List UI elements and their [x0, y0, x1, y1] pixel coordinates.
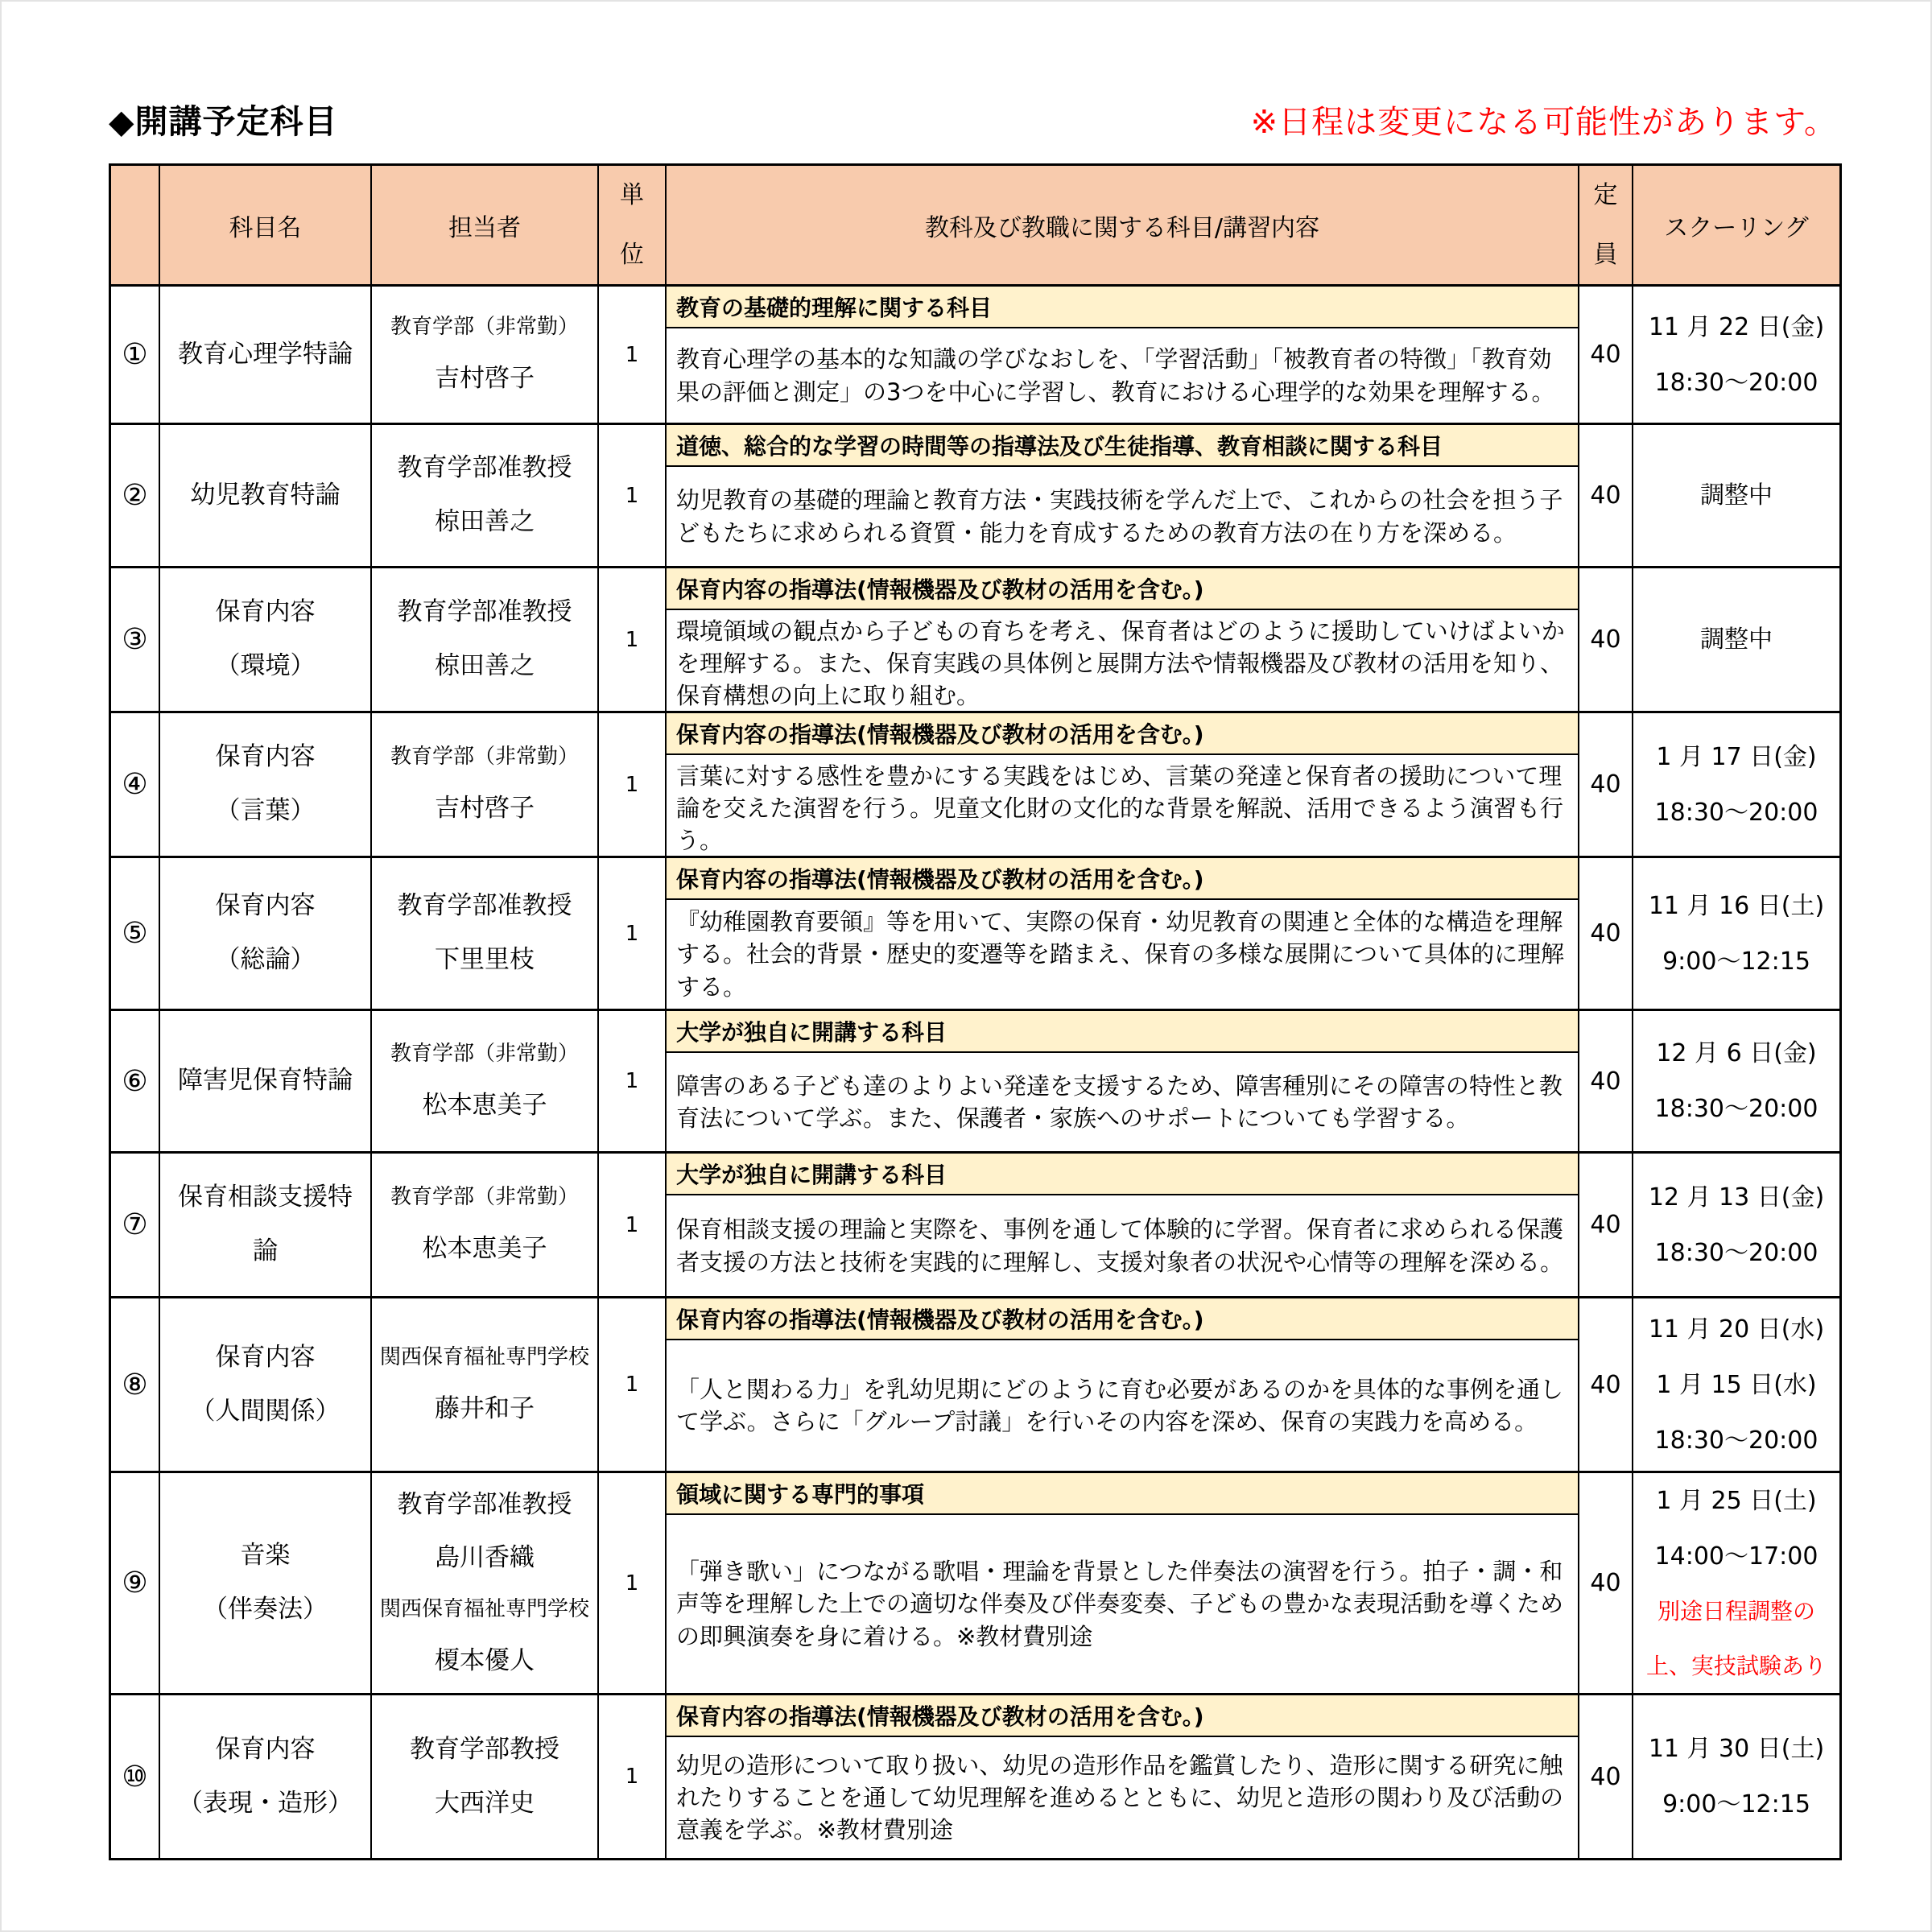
- description-text: 環境領域の観点から子どもの育ちを考え、保育者はどのように援助していけばよいかを理…: [667, 610, 1578, 711]
- schedule-change-note: ※日程は変更になる可能性があります。: [1251, 97, 1837, 142]
- schooling-dates: 1 月 25 日(土) 14:00～17:00: [1655, 1473, 1818, 1584]
- text-line: 教育学部准教授: [398, 1491, 572, 1520]
- category-band: 領域に関する専門的事項: [667, 1473, 1578, 1515]
- course-table: 科目名 担当者 単 位 教科及び教職に関する科目/講習内容 定 員 スクーリング…: [109, 163, 1842, 1860]
- text-line: 教育学部教授: [410, 1736, 559, 1765]
- text-line: 藤井和子: [435, 1395, 535, 1424]
- text-line: 関西保育福祉専門学校: [380, 1346, 589, 1370]
- text-line: 幼児教育特論: [191, 481, 341, 510]
- header-credits: 単 位: [599, 166, 667, 284]
- schooling-cell: 調整中: [1633, 568, 1839, 711]
- text-line: 教育学部（非常勤）: [390, 316, 579, 340]
- credits-cell: 1: [599, 1154, 667, 1296]
- schooling-dates: 1 月 17 日(金) 18:30～20:00: [1655, 729, 1818, 840]
- schooling-cell: 12 月 6 日(金) 18:30～20:00: [1633, 1011, 1839, 1151]
- subject-cell: 障害児保育特論: [160, 1011, 372, 1151]
- credits-cell: 1: [599, 287, 667, 423]
- subject-cell: 音楽（伴奏法）: [160, 1473, 372, 1693]
- text-line: 島川香織: [435, 1544, 535, 1573]
- capacity-cell: 40: [1579, 425, 1633, 566]
- table-row: ① 教育心理学特論 教育学部（非常勤）吉村啓子 1 教育の基礎的理解に関する科目…: [111, 287, 1839, 425]
- description-text: 教育心理学の基本的な知識の学びなおしを、「学習活動」「被教育者の特徴」「教育効果…: [667, 328, 1578, 423]
- credits-cell: 1: [599, 1695, 667, 1858]
- text-line: 論: [253, 1237, 278, 1266]
- category-band: 保育内容の指導法(情報機器及び教材の活用を含む。): [667, 858, 1578, 900]
- content-cell: 保育内容の指導法(情報機器及び教材の活用を含む。) 「人と関わる力」を乳幼児期に…: [667, 1298, 1579, 1471]
- text-line: 教育学部准教授: [398, 892, 572, 921]
- table-row: ⑤ 保育内容（総論） 教育学部准教授下里里枝 1 保育内容の指導法(情報機器及び…: [111, 858, 1839, 1011]
- capacity-cell: 40: [1579, 287, 1633, 423]
- description-text: 幼児教育の基礎的理論と教育方法・実践技術を学んだ上で、これからの社会を担う子ども…: [667, 467, 1578, 566]
- instructor-cell: 教育学部（非常勤）松本恵美子: [372, 1011, 599, 1151]
- schooling-dates: 11 月 22 日(金) 18:30～20:00: [1649, 299, 1824, 411]
- header-bar: ◆開講予定科目 ※日程は変更になる可能性があります。: [109, 95, 1837, 142]
- capacity-cell: 40: [1579, 1011, 1633, 1151]
- description-text: 幼児の造形について取り扱い、幼児の造形作品を鑑賞したり、造形に関する研究に触れた…: [667, 1737, 1578, 1858]
- row-number: ⑥: [111, 1011, 160, 1151]
- subject-cell: 保育内容（言葉）: [160, 713, 372, 856]
- text-line: 椋田善之: [435, 508, 535, 537]
- category-band: 保育内容の指導法(情報機器及び教材の活用を含む。): [667, 1298, 1578, 1340]
- text-line: （表現・造形）: [178, 1790, 353, 1818]
- content-cell: 大学が独自に開講する科目 保育相談支援の理論と実際を、事例を通して体験的に学習。…: [667, 1154, 1579, 1296]
- row-number: ⑩: [111, 1695, 160, 1858]
- text-line: 保育内容: [216, 1736, 316, 1765]
- schooling-cell: 11 月 16 日(土) 9:00～12:15: [1633, 858, 1839, 1009]
- category-band: 道徳、総合的な学習の時間等の指導法及び生徒指導、教育相談に関する科目: [667, 425, 1578, 467]
- text-line: 関西保育福祉専門学校: [380, 1598, 589, 1622]
- row-number: ⑦: [111, 1154, 160, 1296]
- row-number: ⑤: [111, 858, 160, 1009]
- text-line: （総論）: [216, 946, 316, 975]
- table-row: ⑩ 保育内容（表現・造形） 教育学部教授大西洋史 1 保育内容の指導法(情報機器…: [111, 1695, 1839, 1858]
- row-number: ④: [111, 713, 160, 856]
- subject-cell: 保育内容（環境）: [160, 568, 372, 711]
- credits-cell: 1: [599, 713, 667, 856]
- capacity-cell: 40: [1579, 1298, 1633, 1471]
- header-blank: [111, 166, 160, 284]
- schooling-cell: 11 月 22 日(金) 18:30～20:00: [1633, 287, 1839, 423]
- instructor-cell: 教育学部准教授下里里枝: [372, 858, 599, 1009]
- text-line: （伴奏法）: [203, 1596, 328, 1624]
- category-band: 保育内容の指導法(情報機器及び教材の活用を含む。): [667, 713, 1578, 755]
- text-line: 教育学部（非常勤）: [390, 745, 579, 770]
- instructor-cell: 教育学部（非常勤）吉村啓子: [372, 713, 599, 856]
- category-band: 教育の基礎的理解に関する科目: [667, 287, 1578, 328]
- subject-cell: 教育心理学特論: [160, 287, 372, 423]
- row-number: ⑨: [111, 1473, 160, 1693]
- row-number: ⑧: [111, 1298, 160, 1471]
- table-row: ⑨ 音楽（伴奏法） 教育学部准教授島川香織関西保育福祉専門学校榎本優人 1 領域…: [111, 1473, 1839, 1695]
- page: { "page": { "title": "◆開講予定科目", "note": …: [0, 0, 1932, 1932]
- text-line: 椋田善之: [435, 652, 535, 681]
- description-text: 「弾き歌い」につながる歌唱・理論を背景とした伴奏法の演習を行う。拍子・調・和声等…: [667, 1515, 1578, 1693]
- schooling-dates: 11 月 16 日(土) 9:00～12:15: [1649, 878, 1824, 989]
- text-line: 榎本優人: [435, 1647, 535, 1676]
- description-text: 保育相談支援の理論と実際を、事例を通して体験的に学習。保育者に求められる保護者支…: [667, 1195, 1578, 1296]
- subject-cell: 幼児教育特論: [160, 425, 372, 566]
- text-line: （人間関係）: [191, 1397, 341, 1426]
- content-cell: 保育内容の指導法(情報機器及び教材の活用を含む。) 環境領域の観点から子どもの育…: [667, 568, 1579, 711]
- content-cell: 保育内容の指導法(情報機器及び教材の活用を含む。) 幼児の造形について取り扱い、…: [667, 1695, 1579, 1858]
- credits-cell: 1: [599, 1011, 667, 1151]
- text-line: 吉村啓子: [435, 365, 535, 394]
- subject-cell: 保育内容（総論）: [160, 858, 372, 1009]
- subject-cell: 保育内容（人間関係）: [160, 1298, 372, 1471]
- row-number: ③: [111, 568, 160, 711]
- schooling-cell: 1 月 25 日(土) 14:00～17:00 別途日程調整の 上、実技試験あり: [1633, 1473, 1839, 1693]
- header-subject-name: 科目名: [160, 166, 372, 284]
- row-number: ②: [111, 425, 160, 566]
- instructor-cell: 教育学部准教授椋田善之: [372, 425, 599, 566]
- credits-cell: 1: [599, 568, 667, 711]
- content-cell: 領域に関する専門的事項 「弾き歌い」につながる歌唱・理論を背景とした伴奏法の演習…: [667, 1473, 1579, 1693]
- instructor-cell: 関西保育福祉専門学校藤井和子: [372, 1298, 599, 1471]
- capacity-cell: 40: [1579, 858, 1633, 1009]
- schooling-cell: 11 月 30 日(土) 9:00～12:15: [1633, 1695, 1839, 1858]
- description-text: 「人と関わる力」を乳幼児期にどのように育む必要があるのかを具体的な事例を通して学…: [667, 1340, 1578, 1471]
- content-cell: 大学が独自に開講する科目 障害のある子ども達のよりよい発達を支援するため、障害種…: [667, 1011, 1579, 1151]
- table-body: ① 教育心理学特論 教育学部（非常勤）吉村啓子 1 教育の基礎的理解に関する科目…: [111, 287, 1839, 1858]
- schooling-dates: 12 月 6 日(金) 18:30～20:00: [1655, 1026, 1818, 1137]
- capacity-cell: 40: [1579, 568, 1633, 711]
- instructor-cell: 教育学部（非常勤）松本恵美子: [372, 1154, 599, 1296]
- table-row: ⑧ 保育内容（人間関係） 関西保育福祉専門学校藤井和子 1 保育内容の指導法(情…: [111, 1298, 1839, 1473]
- capacity-cell: 40: [1579, 1473, 1633, 1693]
- subject-cell: 保育相談支援特論: [160, 1154, 372, 1296]
- header-capacity: 定 員: [1579, 166, 1633, 284]
- category-band: 保育内容の指導法(情報機器及び教材の活用を含む。): [667, 1695, 1578, 1737]
- schooling-cell: 11 月 20 日(水) 1 月 15 日(水) 18:30～20:00: [1633, 1298, 1839, 1471]
- credits-cell: 1: [599, 858, 667, 1009]
- schooling-dates: 調整中: [1700, 468, 1773, 523]
- schooling-dates: 調整中: [1700, 612, 1773, 667]
- category-band: 保育内容の指導法(情報機器及び教材の活用を含む。): [667, 568, 1578, 610]
- row-number: ①: [111, 287, 160, 423]
- credits-cell: 1: [599, 425, 667, 566]
- capacity-cell: 40: [1579, 1695, 1633, 1858]
- instructor-cell: 教育学部（非常勤）吉村啓子: [372, 287, 599, 423]
- credits-cell: 1: [599, 1298, 667, 1471]
- text-line: （環境）: [216, 652, 316, 681]
- text-line: 保育内容: [216, 743, 316, 772]
- text-line: 保育内容: [216, 598, 316, 627]
- text-line: 松本恵美子: [423, 1092, 547, 1121]
- category-band: 大学が独自に開講する科目: [667, 1011, 1578, 1053]
- text-line: 教育学部准教授: [398, 598, 572, 627]
- schooling-cell: 1 月 17 日(金) 18:30～20:00: [1633, 713, 1839, 856]
- subject-cell: 保育内容（表現・造形）: [160, 1695, 372, 1858]
- table-header-row: 科目名 担当者 単 位 教科及び教職に関する科目/講習内容 定 員 スクーリング: [111, 166, 1839, 287]
- content-cell: 道徳、総合的な学習の時間等の指導法及び生徒指導、教育相談に関する科目 幼児教育の…: [667, 425, 1579, 566]
- header-schooling: スクーリング: [1633, 166, 1839, 284]
- text-line: （言葉）: [216, 797, 316, 826]
- schooling-dates: 12 月 13 日(金) 18:30～20:00: [1649, 1170, 1824, 1281]
- credits-cell: 1: [599, 1473, 667, 1693]
- text-line: 大西洋史: [435, 1790, 535, 1818]
- capacity-cell: 40: [1579, 713, 1633, 856]
- schooling-dates: 11 月 30 日(土) 9:00～12:15: [1649, 1721, 1824, 1832]
- instructor-cell: 教育学部准教授島川香織関西保育福祉専門学校榎本優人: [372, 1473, 599, 1693]
- table-row: ③ 保育内容（環境） 教育学部准教授椋田善之 1 保育内容の指導法(情報機器及び…: [111, 568, 1839, 713]
- description-text: 『幼稚園教育要領』等を用いて、実際の保育・幼児教育の関連と全体的な構造を理解する…: [667, 900, 1578, 1009]
- table-row: ④ 保育内容（言葉） 教育学部（非常勤）吉村啓子 1 保育内容の指導法(情報機器…: [111, 713, 1839, 858]
- text-line: 教育学部准教授: [398, 454, 572, 483]
- content-cell: 教育の基礎的理解に関する科目 教育心理学の基本的な知識の学びなおしを、「学習活動…: [667, 287, 1579, 423]
- text-line: 教育心理学特論: [178, 341, 353, 369]
- header-course-content: 教科及び教職に関する科目/講習内容: [667, 166, 1579, 284]
- text-line: 保育相談支援特: [178, 1183, 353, 1212]
- schooling-cell: 調整中: [1633, 425, 1839, 566]
- header-instructor: 担当者: [372, 166, 599, 284]
- schooling-note-red: 別途日程調整の 上、実技試験あり: [1646, 1584, 1827, 1692]
- text-line: 吉村啓子: [435, 795, 535, 824]
- text-line: 障害児保育特論: [178, 1067, 353, 1096]
- text-line: 下里里枝: [435, 946, 535, 975]
- text-line: 音楽: [241, 1542, 291, 1571]
- content-cell: 保育内容の指導法(情報機器及び教材の活用を含む。) 言葉に対する感性を豊かにする…: [667, 713, 1579, 856]
- category-band: 大学が独自に開講する科目: [667, 1154, 1578, 1195]
- page-title: ◆開講予定科目: [109, 95, 338, 142]
- instructor-cell: 教育学部准教授椋田善之: [372, 568, 599, 711]
- capacity-cell: 40: [1579, 1154, 1633, 1296]
- instructor-cell: 教育学部教授大西洋史: [372, 1695, 599, 1858]
- description-text: 障害のある子ども達のよりよい発達を支援するため、障害種別にその障害の特性と教育法…: [667, 1053, 1578, 1151]
- table-row: ⑥ 障害児保育特論 教育学部（非常勤）松本恵美子 1 大学が独自に開講する科目 …: [111, 1011, 1839, 1154]
- text-line: 保育内容: [216, 892, 316, 921]
- description-text: 言葉に対する感性を豊かにする実践をはじめ、言葉の発達と保育者の援助について理論を…: [667, 755, 1578, 856]
- text-line: 保育内容: [216, 1344, 316, 1373]
- schooling-dates: 11 月 20 日(水) 1 月 15 日(水) 18:30～20:00: [1649, 1302, 1824, 1468]
- table-row: ⑦ 保育相談支援特論 教育学部（非常勤）松本恵美子 1 大学が独自に開講する科目…: [111, 1154, 1839, 1298]
- content-cell: 保育内容の指導法(情報機器及び教材の活用を含む。) 『幼稚園教育要領』等を用いて…: [667, 858, 1579, 1009]
- table-row: ② 幼児教育特論 教育学部准教授椋田善之 1 道徳、総合的な学習の時間等の指導法…: [111, 425, 1839, 568]
- text-line: 松本恵美子: [423, 1235, 547, 1264]
- text-line: 教育学部（非常勤）: [390, 1186, 579, 1210]
- text-line: 教育学部（非常勤）: [390, 1042, 579, 1067]
- schooling-cell: 12 月 13 日(金) 18:30～20:00: [1633, 1154, 1839, 1296]
